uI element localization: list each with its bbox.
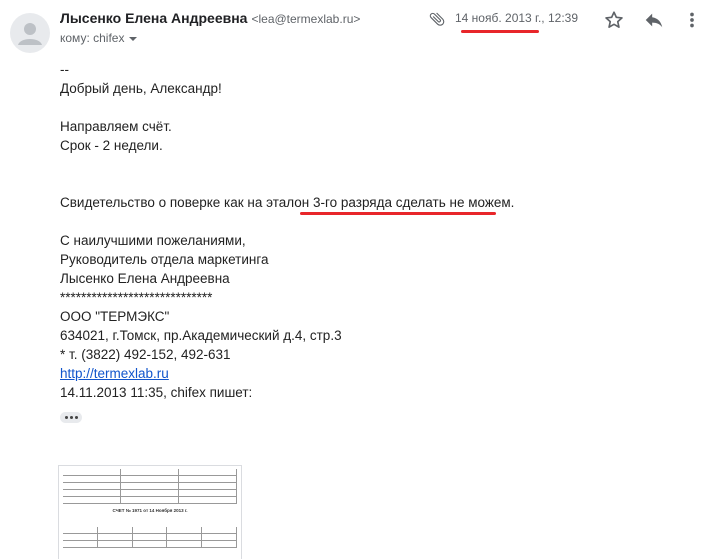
- website-link[interactable]: http://termexlab.ru: [60, 366, 169, 381]
- body-line: Руководитель отдела маркетинга: [60, 250, 514, 269]
- show-trimmed-content-button[interactable]: [60, 412, 82, 423]
- body-line: Срок - 2 недели.: [60, 136, 514, 155]
- sentence-highlight-underline: [300, 212, 496, 215]
- body-line: *****************************: [60, 288, 514, 307]
- recipients-dropdown[interactable]: кому: chifex: [60, 31, 137, 45]
- caret-down-icon: [129, 37, 137, 41]
- quote-header: 14.11.2013 11:35, chifex пишет:: [60, 383, 514, 402]
- invoice-preview: СЧЕТ № 1971 от 14 Ноября 2013 г.: [63, 469, 237, 548]
- attachment-thumbnail[interactable]: СЧЕТ № 1971 от 14 Ноября 2013 г.: [58, 465, 242, 559]
- avatar[interactable]: [10, 13, 50, 53]
- sender-email: <lea@termexlab.ru>: [251, 12, 360, 26]
- message-body: -- Добрый день, Александр! Направляем сч…: [60, 60, 514, 402]
- sender: Лысенко Елена Андреевна<lea@termexlab.ru…: [60, 10, 360, 26]
- reply-icon[interactable]: [643, 9, 665, 31]
- body-line: ООО "ТЕРМЭКС": [60, 307, 514, 326]
- body-line: Добрый день, Александр!: [60, 79, 514, 98]
- body-line: Направляем счёт.: [60, 117, 514, 136]
- sender-name: Лысенко Елена Андреевна: [60, 10, 247, 26]
- body-line: С наилучшими пожеланиями,: [60, 231, 514, 250]
- body-line: Лысенко Елена Андреевна: [60, 269, 514, 288]
- more-vert-icon[interactable]: [684, 9, 700, 31]
- attachment-icon: [428, 10, 446, 28]
- to-label: кому: chifex: [60, 31, 124, 45]
- body-line: 634021, г.Томск, пр.Академический д.4, с…: [60, 326, 514, 345]
- body-line: --: [60, 60, 514, 79]
- date-highlight-underline: [461, 30, 539, 33]
- message-date: 14 нояб. 2013 г., 12:39: [455, 11, 578, 25]
- body-line: Свидетельство о поверке как на эталон 3-…: [60, 193, 514, 212]
- body-line: * т. (3822) 492-152, 492-631: [60, 345, 514, 364]
- star-icon[interactable]: [603, 9, 625, 31]
- person-icon: [10, 13, 50, 53]
